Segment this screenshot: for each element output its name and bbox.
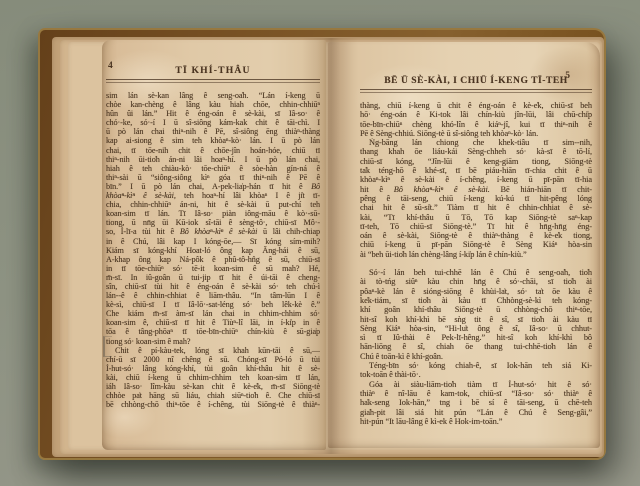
text-line: Góa ài siàu-liām-tio̍h tiàm tī Í-hut-só·… bbox=[360, 380, 592, 389]
text-line: thiàⁿ ê nî-lāu ê kam-tok, chiū-sī “Iâ-so… bbox=[360, 389, 592, 398]
text-line: hiah ê teh chiàu-kò· tōe-chiūⁿ ê sòe-hàn… bbox=[106, 164, 320, 173]
text-line: m̄-sī. In iû-goân ū tui-jip tī hit ê úi-… bbox=[106, 273, 320, 282]
text-line: sì tī Iû-thài ê Pek-lī-hêng.” hit-sî koh… bbox=[360, 333, 592, 342]
text-line: ha̍k-seng Iok-hān,” tng i bē sí ê tāi-se… bbox=[360, 398, 592, 407]
text-line: koan-sim tī lán. Tī Iâ-so· piàn iông-māu… bbox=[106, 209, 320, 218]
right-page-number: 5 bbox=[565, 71, 570, 81]
text-line: thang khah ōe liáu-kái Sèng-chheh só· kà… bbox=[360, 147, 592, 156]
paragraph: Góa ài siàu-liām-tio̍h tiàm tī Í-hut-só·… bbox=[360, 380, 592, 426]
paragraph: Chit ê pí-kàu-tek, lóng sī khah kūn-tāi … bbox=[106, 346, 320, 410]
text-line: pêng ê tāi-seng, chiū í-keng kú-kú tī hi… bbox=[360, 194, 592, 203]
text-line: pôaⁿ-kè lán ê sióng-siōng ê khùi-la̍t, s… bbox=[360, 287, 592, 296]
text-line: in ê Chú, lâi kap I kóng-ōe,— Sī kóng sí… bbox=[106, 237, 320, 246]
text-line: in tī tōe-chiūⁿ só· tē-it koan-sim ê sū … bbox=[106, 264, 320, 273]
paragraph: Só·-í lán beh tui-chhē lán ê Chú ê seng-… bbox=[360, 268, 592, 361]
text-line: kài, chiū í-keng ū chhim-chhim teh koan-… bbox=[106, 373, 320, 382]
text-line: ke̍k-tiám, sī tio̍h ài kàu tī Chhòng-sè-… bbox=[360, 296, 592, 305]
text-line: ta̍k téng-hō ê khé-sī, tī bē piáu-hiān t… bbox=[360, 166, 592, 175]
text-line: thàng, chiū í-keng ū chit ê éng-oán ê kè… bbox=[360, 101, 592, 110]
text-line: lán--ê ê chhin-chhiat ê liām-thâu. “In t… bbox=[106, 291, 320, 300]
text-line: Chú ê toān-kì ê khí-goân. bbox=[360, 352, 592, 361]
left-page-text: sim lán sè-kan lâng ê seng-oa̍h. “Lán í-… bbox=[106, 91, 320, 409]
left-header-rule bbox=[106, 79, 320, 83]
text-line: tiong, ū nn̄g ūi Kū-iok sî-tāi ê sèng-tô… bbox=[106, 218, 320, 227]
pencil-bracket-mark bbox=[103, 336, 112, 357]
text-line: ài tò-tńg siûⁿ kàu chin hn̄g ê só·-chāi,… bbox=[360, 277, 592, 286]
book: 4 TĪ KHÍ-THÂU sim lán sè-kan lâng ê seng… bbox=[38, 28, 606, 460]
text-line: tōe-bīn-chiūⁿ chèng khó-lîn ê kiáⁿ-jî, k… bbox=[360, 120, 592, 129]
left-header-title: TĪ KHÍ-THÂU bbox=[175, 65, 250, 76]
right-page-text: thàng, chiū í-keng ū chit ê éng-oán ê kè… bbox=[360, 101, 592, 426]
text-line: tī-teh, Tō chiū-sī Siōng-tè.” Tī hit ê h… bbox=[360, 222, 592, 231]
text-line: Che kiám m̄-sī àm-sī lán chai in chhim-c… bbox=[106, 309, 320, 318]
text-line: koan-sim ê, chiū-sī tī hit ê Tiùⁿ-lî lāi… bbox=[106, 318, 320, 327]
text-line: chiū í-keng ū pī-pān Siōng-tè ê Sèng Kiá… bbox=[360, 240, 592, 249]
right-header-rule bbox=[360, 89, 592, 93]
text-line: hān-liōng ê sî, chiah ōe thang tui-chhē-… bbox=[360, 342, 592, 351]
photo-background: 4 TĪ KHÍ-THÂU sim lán sè-kan lâng ê seng… bbox=[0, 0, 640, 486]
text-line: Só·-í lán beh tui-chhē lán ê Chú ê seng-… bbox=[360, 268, 592, 277]
text-line: sim lán sè-kan lâng ê seng-oa̍h. “Lán í-… bbox=[106, 91, 320, 100]
left-running-head: 4 TĪ KHÍ-THÂU bbox=[106, 60, 320, 72]
text-line: tiong só· koan-sim ê mah? bbox=[106, 337, 320, 346]
left-page-number: 4 bbox=[108, 61, 113, 71]
text-line: chai hit ê sū-si̍t.” Tiàm tī hit ê chhin… bbox=[360, 203, 592, 212]
text-line: hō· éng-oán ê Ki-tok lâi chín-kiù jîn-lū… bbox=[360, 110, 592, 119]
text-line: khí goân khí-thâu Siōng-tè ū chhòng-chō … bbox=[360, 305, 592, 314]
text-line: khòaⁿ-kìⁿ ê sè-kài ê í-chêng, í-keng ū p… bbox=[360, 175, 592, 184]
text-line: tōa ê tâng-phōaⁿ tī tōe-bīn-chiūⁿ chín-k… bbox=[106, 327, 320, 336]
text-line: hit-pún “It lāu-lâng ê kì-ek ê Hok-im-to… bbox=[360, 417, 592, 426]
text-line: Sèng Kiáⁿ hòa-sin, “Hi-lu̍t ông ê sî, Iâ… bbox=[360, 324, 592, 333]
text-line: thiⁿ-sài ū “siông-siông kìⁿ góa tī thiⁿ-… bbox=[106, 173, 320, 182]
text-line: chai, tī tōe-nih chit ê chōe-jîn hoán-hó… bbox=[106, 146, 320, 155]
text-line: gia̍h-pit lâi siá hit pún “Lán ê Chú ê S… bbox=[360, 408, 592, 417]
paragraph: sim lán sè-kan lâng ê seng-oa̍h. “Lán í-… bbox=[106, 91, 320, 346]
paragraph: Téng-bīn só· kóng chiah-ê, sī Iok-hān te… bbox=[360, 361, 592, 380]
right-running-head: BĒ Ū SÈ-KÀI, I CHIŪ Í-KENG TĪ-TEH 5 bbox=[360, 70, 592, 82]
text-line: A-khap ông kap Ná-pôk ê phû-tô-hn̂g ê sū… bbox=[106, 255, 320, 264]
text-line: Chit ê pí-kàu-tek, lóng sī khah kūn-tāi … bbox=[106, 346, 320, 355]
text-line: kài, “Tī khí-thâu ū Tō, Tō kap Siōng-tè … bbox=[360, 213, 592, 222]
text-line: chòe kan-chèng ê lâng kàu hiah chōe, chh… bbox=[106, 100, 320, 109]
text-line: hûn ûi lán.” Hit ê éng-oán ê sè-kài, sī … bbox=[106, 109, 320, 118]
text-line: kap ai-siong ê sim teh khòaⁿ-kò· lán. I … bbox=[106, 136, 320, 145]
text-line: bīn.” I ū pò lán chai, A-pek-lia̍p-hán t… bbox=[106, 182, 320, 191]
right-page: BĒ Ū SÈ-KÀI, I CHIŪ Í-KENG TĪ-TEH 5 thàn… bbox=[328, 42, 600, 448]
right-header-title: BĒ Ū SÈ-KÀI, I CHIŪ Í-KENG TĪ-TEH bbox=[384, 75, 567, 86]
text-line: thiⁿ-nih ūi-tio̍h án-ni lâi hoaⁿ-hí. I ū… bbox=[106, 155, 320, 164]
text-line: hit ê Bô khòaⁿ-kìⁿ ê sè-kài. Bē hián-hiā… bbox=[360, 185, 592, 194]
text-line: chó·-ke, só·-í I ū sî-siông kám-kak chit… bbox=[106, 118, 320, 127]
text-line: so, Í-lī-a tùi hit ê Bô khòaⁿ-kìⁿ ê sè-k… bbox=[106, 227, 320, 236]
text-line: tok-toān ê thài-tō·. bbox=[360, 370, 592, 379]
text-line: oán ê sè-kài, Siōng-tè ê thiàⁿ-thàng ê k… bbox=[360, 231, 592, 240]
paragraph: Ǹg-bāng lán chiong che khek-tiâu tī sim-… bbox=[360, 138, 592, 259]
text-line: kè-sì, chiū-sī I tī Iâ-lō·-sat-léng só· … bbox=[106, 300, 320, 309]
text-line: Í-hut-só· lâng kóng-khí, tùi goân khí-th… bbox=[106, 364, 320, 373]
text-line: Kiám sī kóng-khí Hoat-ló ông kap Âng-hái… bbox=[106, 246, 320, 255]
text-line: Téng-bīn só· kóng chiah-ê, sī Iok-hān te… bbox=[360, 361, 592, 370]
paragraph: thàng, chiū í-keng ū chit ê éng-oán ê kè… bbox=[360, 101, 592, 138]
text-line: Ǹg-bāng lán chiong che khek-tiâu tī sim-… bbox=[360, 138, 592, 147]
text-line: bē chhòng-chō thiⁿ-tōe ê í-chêng, tùi Si… bbox=[106, 400, 320, 409]
text-line: sîn, chiū-sī tùi hit ê éng-oán ê sè-kài … bbox=[106, 282, 320, 291]
text-line: chhòe pa̍t hāng sū liáu, chiah siūⁿ-tio̍… bbox=[106, 391, 320, 400]
left-page: 4 TĪ KHÍ-THÂU sim lán sè-kan lâng ê seng… bbox=[102, 40, 326, 450]
text-line: chia, chhin-chhiūⁿ án-ni, hit ê sè-kài ū… bbox=[106, 200, 320, 209]
text-line: ū pò lán chai thiⁿ-nih ê Pē, sî-siông ēn… bbox=[106, 127, 320, 136]
text-line: chiū-sī kóng, “Jîn-lūi ê keng-giām tiong… bbox=[360, 157, 592, 166]
text-line: khòaⁿ-kìⁿ ê sè-kài, teh hoaⁿ-hí lâi khòa… bbox=[106, 191, 320, 200]
text-line: hit-sî koh khí-khì bē sǹg tit ê sî, sī t… bbox=[360, 315, 592, 324]
text-line: iáh Iâ-so· lîm-kàu sè-kan chit ê kè-e̍k,… bbox=[106, 382, 320, 391]
text-line: chí-ū sī 2000 nî chêng ê sū. Chóng-sī Pó… bbox=[106, 355, 320, 364]
text-line: Pē ê Sèng-chhiú. Siōng-tè ū sî-siông teh… bbox=[360, 129, 592, 138]
text-line: ài “beh ūi-tio̍h lán chèng-lâng í-ki̍p l… bbox=[360, 250, 592, 259]
